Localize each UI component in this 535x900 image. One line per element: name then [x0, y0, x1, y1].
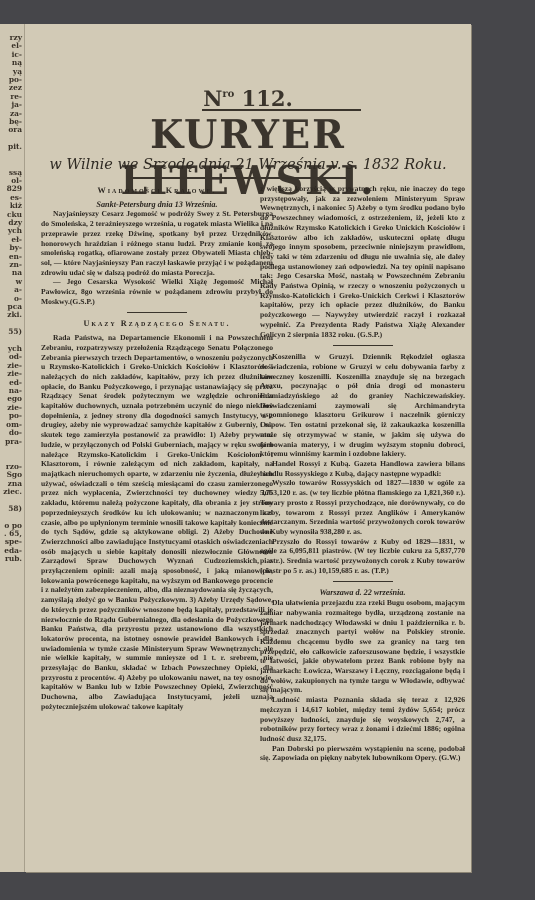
article-paragraph: Handel Rossyi z Kubą. Gazeta Handlowa za…: [260, 459, 465, 478]
article-paragraph: z większą korzyścią w prywatnych ręku, n…: [260, 184, 465, 339]
adjacent-page-line: rub.: [0, 555, 24, 563]
dateline-subtitle: w Wilnie we Srzodę dnia 21 Września v. s…: [25, 157, 471, 173]
article-paragraph: Dla ułatwienia przejazdu zza rzeki Bugu …: [260, 598, 465, 695]
article-paragraph: Rada Państwa, na Departamencie Ekonomii …: [41, 333, 273, 711]
article-paragraph: Koszenilla w Gruzyi. Dziennik Rękodzieł …: [260, 352, 465, 459]
column-left: Wiadomości Krajowe. Sankt-Petersburg dni…: [41, 184, 273, 712]
section-divider: [333, 345, 393, 346]
article-paragraph: Ludność miasta Poznania składa się teraz…: [260, 695, 465, 744]
article-paragraph: Pan Dobrski po pierwszém wystąpieniu na …: [260, 744, 465, 763]
article-paragraph: Wyszło towarów Rossyyskich od 1827—1830 …: [260, 478, 465, 536]
adjacent-page-fragment: rzyel-ic-nąyąpo-zezre-ja-za-bę-ora pit. …: [0, 24, 25, 872]
header-rule-bottom: [130, 177, 349, 179]
section-title-domestic-news: Wiadomości Krajowe.: [41, 186, 273, 196]
dateline-petersburg: Sankt-Petersburg dnia 13 Września.: [41, 200, 273, 210]
header-rule-top: [202, 109, 361, 111]
section-divider: [127, 312, 187, 313]
section-divider: [333, 581, 393, 582]
article-paragraph: Przyszło do Rossyi towarów z Kuby od 182…: [260, 537, 465, 576]
issue-number: Nro 112.: [25, 86, 471, 111]
article-paragraph: — Jego Cesarska Wysokość Wielki Xiążę Je…: [41, 277, 273, 306]
section-title-senate-decrees: Ukazy Rządzącego Senatu.: [41, 319, 273, 329]
article-paragraph: Nayjaśnieyszy Cesarz Jegomość w podróży …: [41, 209, 273, 277]
newspaper-page: Nro 112. KURYER LITEWSKI. w Wilnie we Sr…: [25, 24, 471, 872]
column-right: z większą korzyścią w prywatnych ręku, n…: [260, 184, 465, 763]
dateline-warsaw: Warszawa d. 22 września.: [260, 588, 465, 598]
